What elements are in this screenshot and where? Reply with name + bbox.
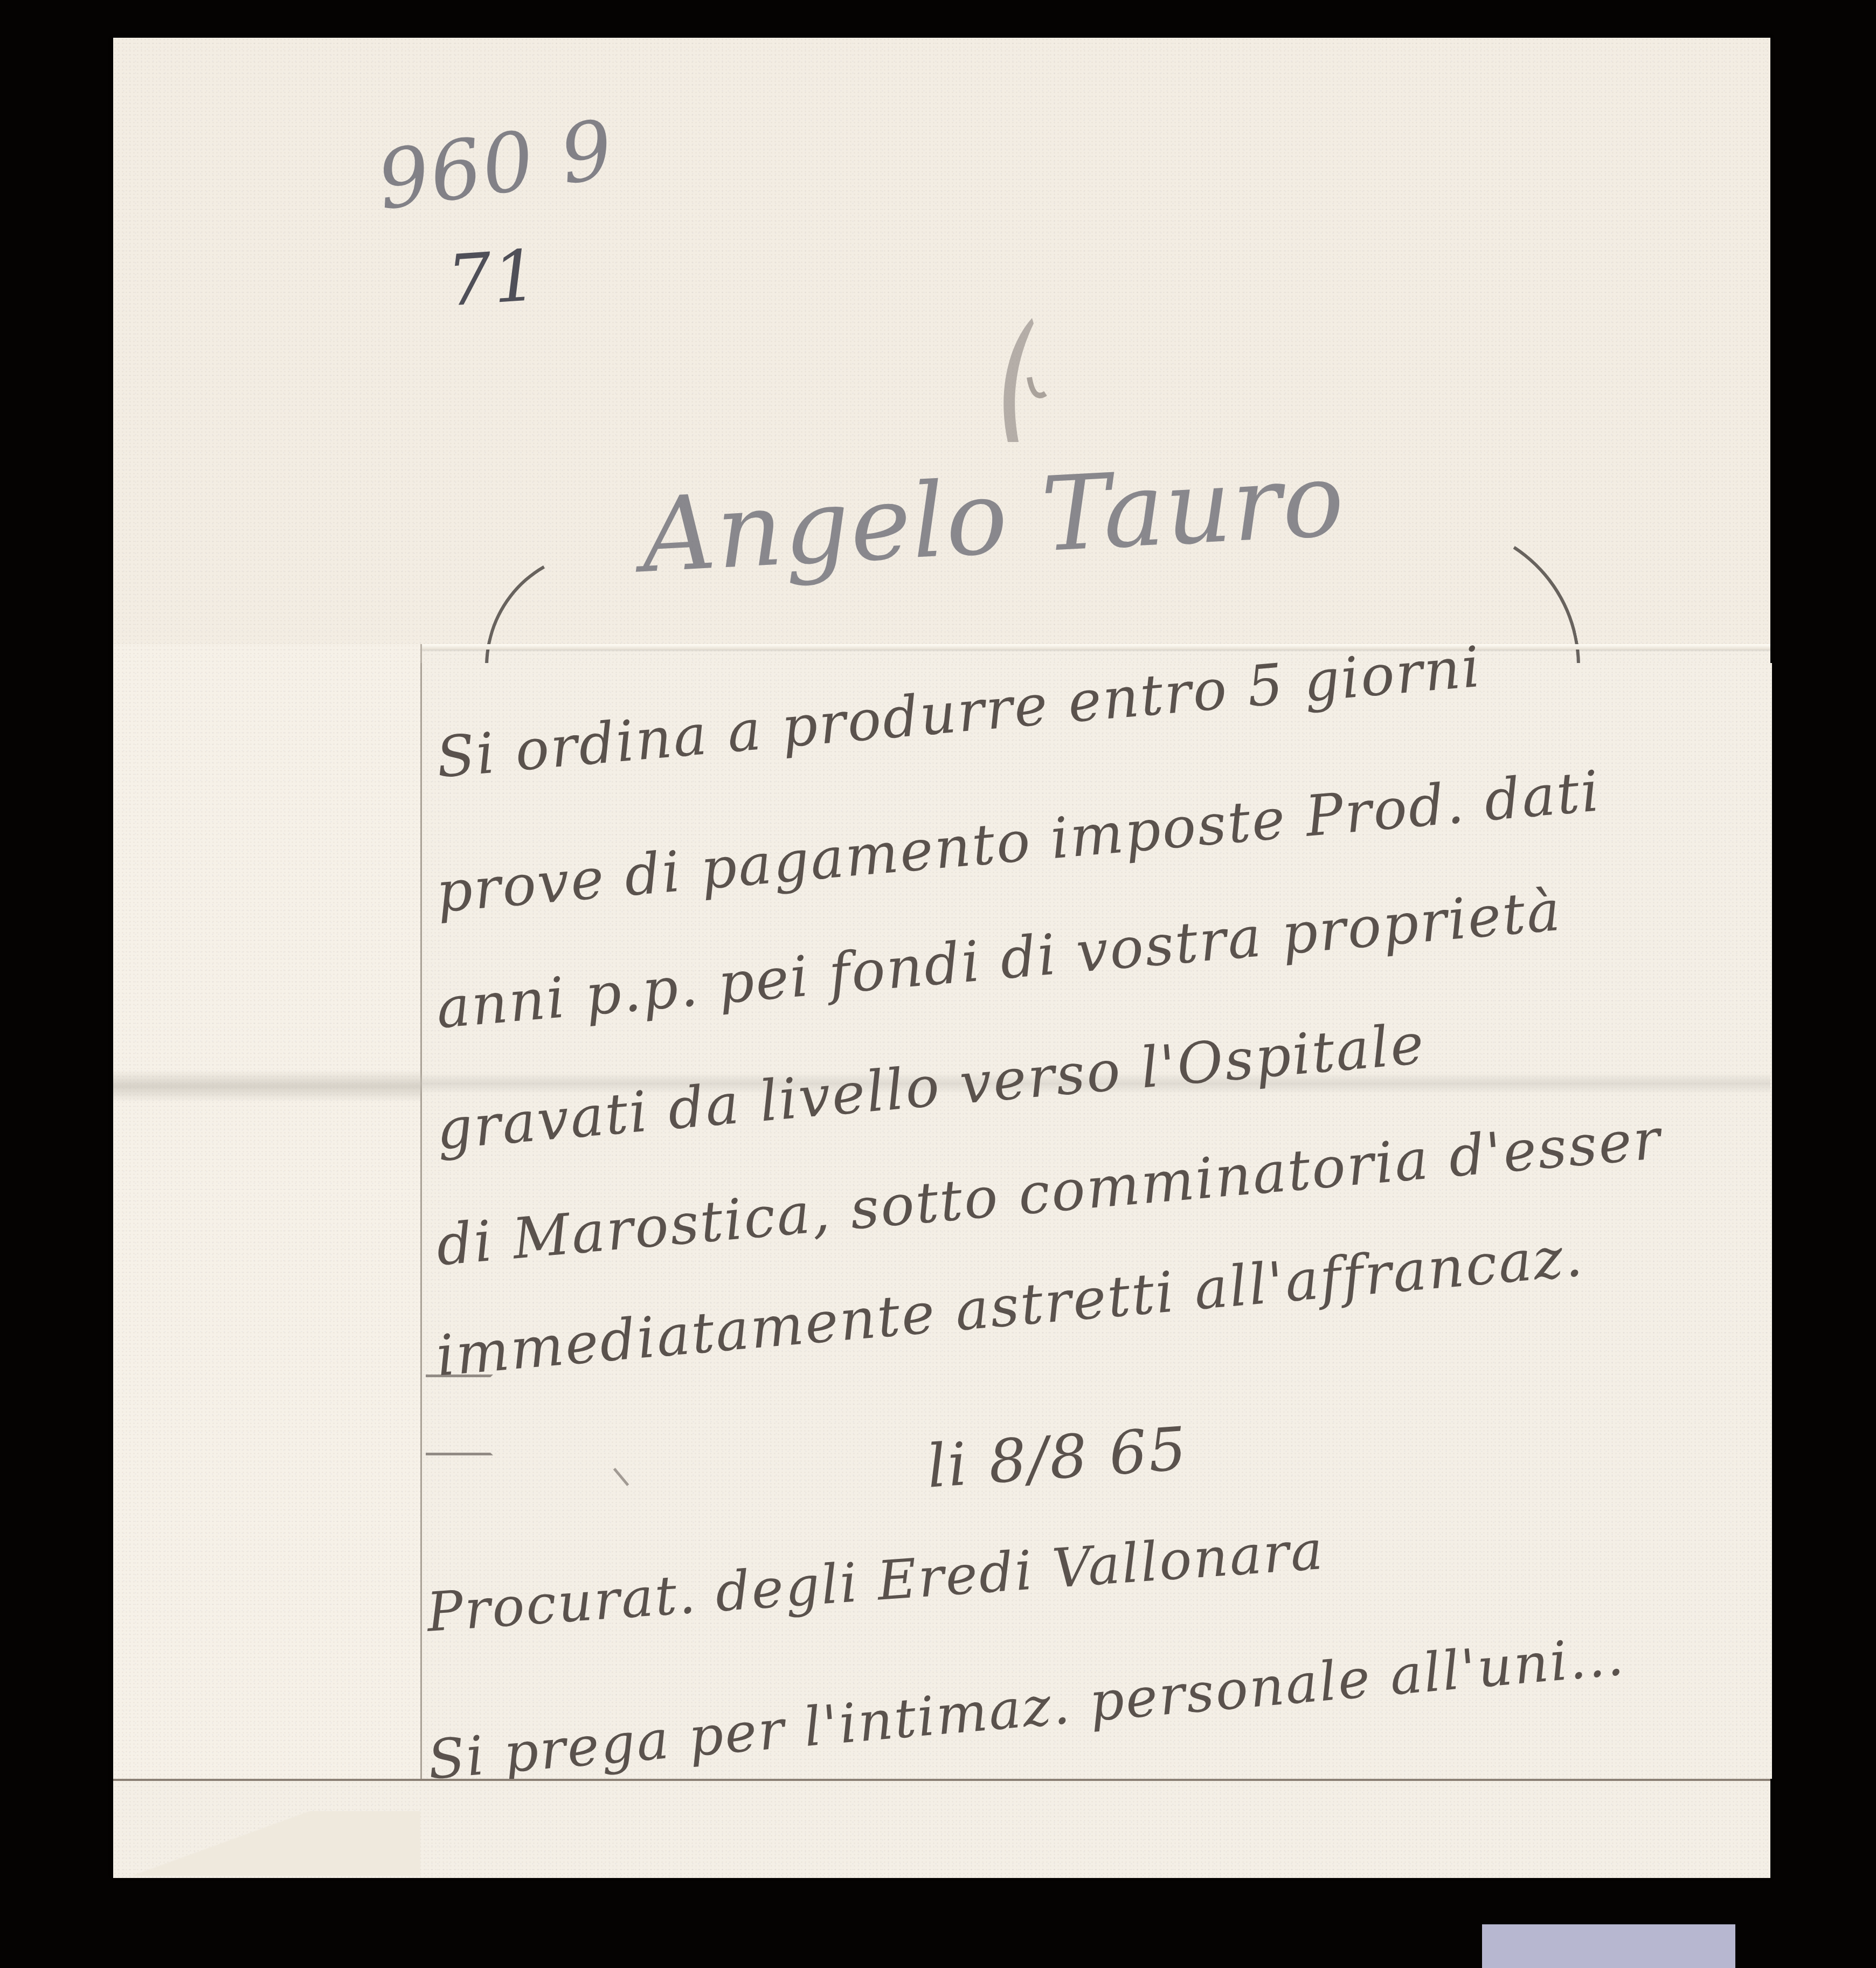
ink-rate-mark-icon: [986, 313, 1051, 453]
left-panel-crease: [113, 1070, 420, 1102]
backing-sheet-edge: [1482, 1924, 1735, 1968]
pencil-secondary-number: 71: [445, 234, 542, 322]
margin-bracket-mark: [426, 1375, 493, 1455]
left-folded-panel: [113, 644, 422, 1868]
corner-fold-tab: [113, 1811, 420, 1876]
